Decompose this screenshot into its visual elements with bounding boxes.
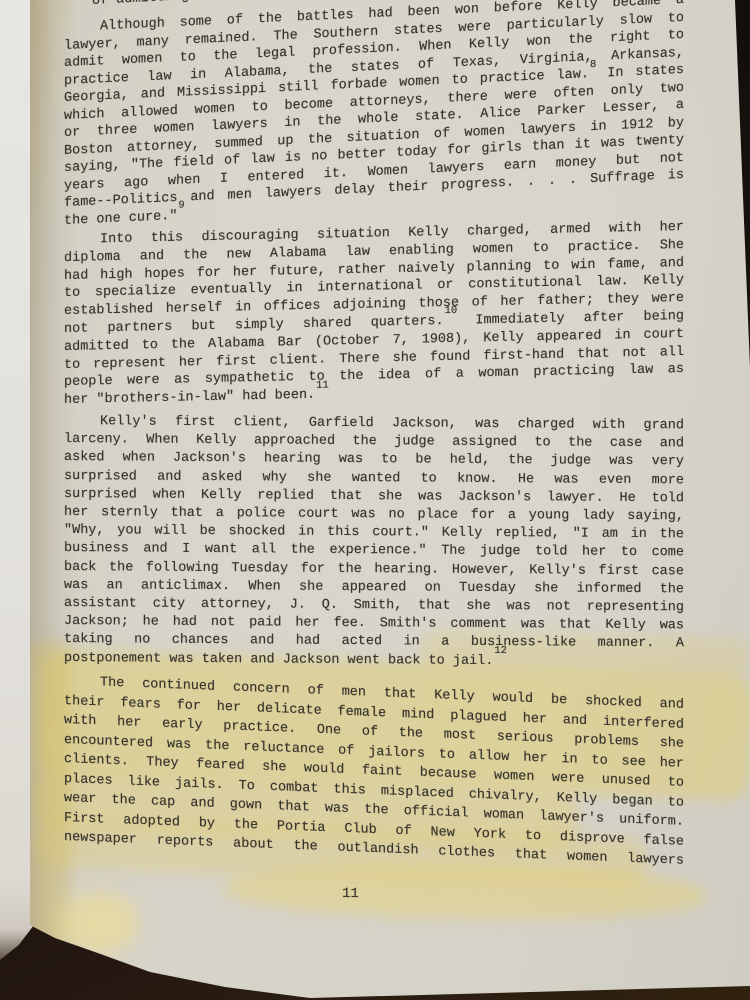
paragraph: Into this discouraging situation Kelly c… bbox=[64, 219, 684, 410]
footnote-ref: 8 bbox=[590, 58, 596, 70]
footnote-ref: 11 bbox=[316, 379, 329, 391]
text-block: of admitting Although some of the battle… bbox=[0, 0, 750, 1000]
book-photo: of admitting Although some of the battle… bbox=[0, 0, 750, 1000]
paragraph: Kelly's first client, Garfield Jackson, … bbox=[64, 413, 684, 672]
footnote-ref: 9 bbox=[178, 200, 184, 212]
paragraph: Although some of the battles had been wo… bbox=[64, 0, 684, 230]
footnote-ref: 12 bbox=[494, 645, 507, 657]
page-number: 11 bbox=[342, 886, 359, 902]
paragraph: The continued concern of men that Kelly … bbox=[64, 672, 684, 871]
book-page: of admitting Although some of the battle… bbox=[0, 0, 750, 1000]
facing-page-edge bbox=[0, 0, 34, 1000]
footnote-ref: 10 bbox=[445, 305, 458, 317]
